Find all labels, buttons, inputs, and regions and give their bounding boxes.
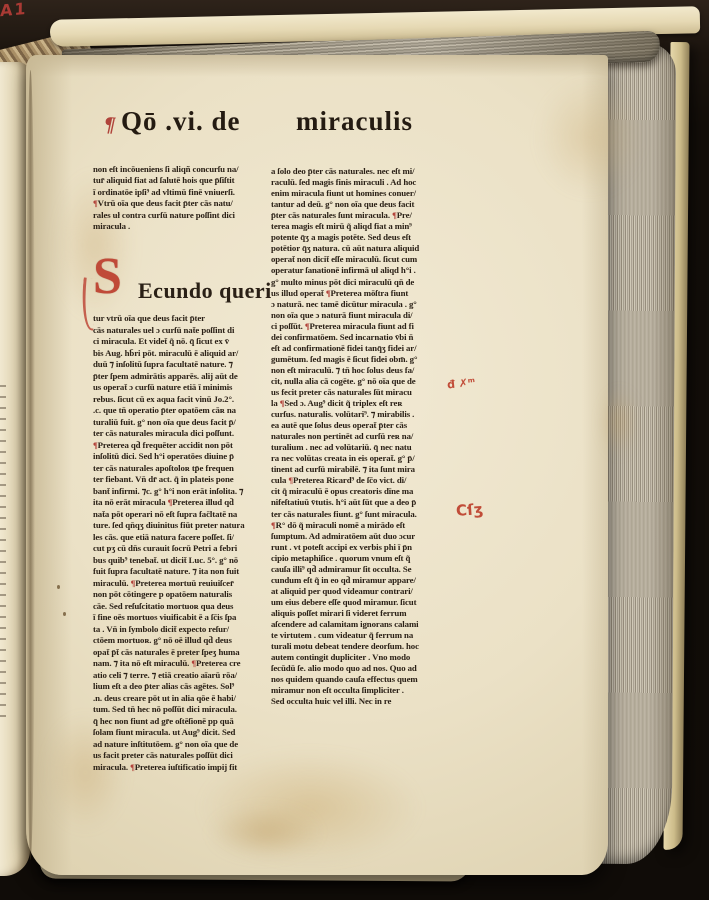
stain-bottom-center-dark <box>185 795 345 870</box>
ink-speck <box>63 612 66 616</box>
stain-top-right <box>515 55 665 220</box>
paragraph-body: a ſolo deo p̄ter cās naturales. nec eſt … <box>271 166 473 707</box>
paragraph-body: tur vtrū oīa que deus facit p̄ter cās na… <box>93 313 275 773</box>
text-column-right: a ſolo deo p̄ter cās naturales. nec eſt … <box>271 155 473 718</box>
running-head-left: Qō .vi. de <box>121 106 241 137</box>
running-head-right: miraculis <box>296 106 413 137</box>
facing-page-text-bleed <box>0 385 6 725</box>
rubricated-initial-s: S <box>93 256 138 290</box>
ink-speck <box>57 585 60 589</box>
text-column-left: non eſt incōueniens ſi aliqñ concurſu na… <box>93 152 275 796</box>
section-secundo: S Ecundo queri tur vtrū oīa que deus fac… <box>93 244 275 785</box>
book-photo: A1 ¶ Qō .vi. de miraculis non eſt incōue… <box>0 0 709 900</box>
stain-right-edge <box>595 375 643 470</box>
quire-signature-mark: A1 <box>0 0 28 20</box>
paragraph-intro: non eſt incōueniens ſi aliqñ concurſu na… <box>93 164 275 233</box>
red-marginal-annotation-2: Cſʒ <box>455 500 483 520</box>
